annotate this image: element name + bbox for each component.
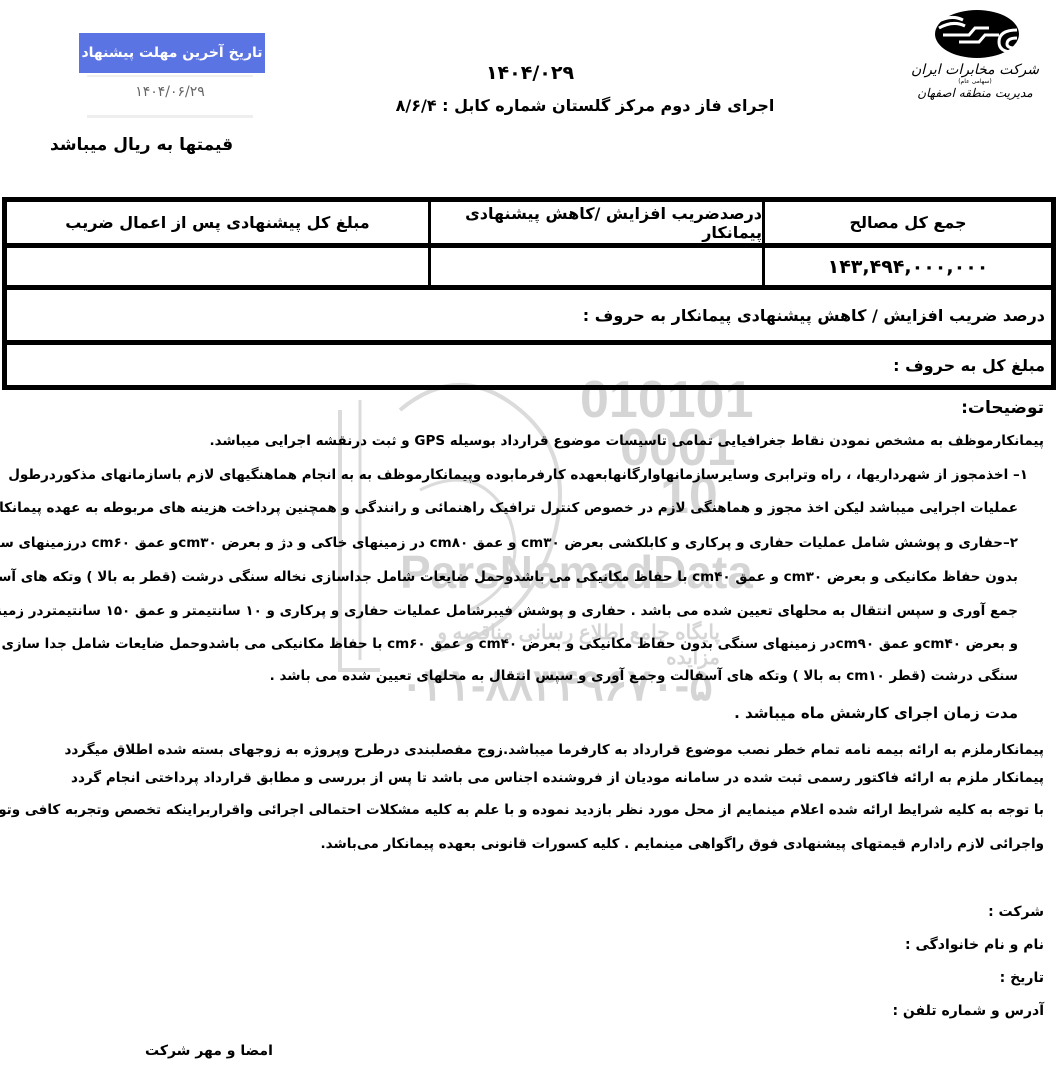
duration-note: مدت زمان اجرای کارشش ماه میباشد .	[734, 704, 1018, 722]
percent-in-words-row[interactable]: درصد ضریب افزایش / کاهش پیشنهادی پیمانکا…	[7, 290, 1051, 345]
note-line: ۱– اخذمجوز از شهرداریها، ، راه وترابری و…	[8, 467, 1028, 483]
company-name: شرکت مخابرات ایران	[900, 62, 1050, 78]
notes-title: توضیحات:	[961, 398, 1044, 418]
address-phone-field-label: آدرس و شماره تلفن :	[892, 1003, 1044, 1019]
deadline-badge: تاریخ آخرین مهلت پیشنهاد	[79, 33, 265, 73]
total-materials-value: ۱۴۳,۴۹۴,۰۰۰,۰۰۰	[765, 248, 1051, 285]
company-type: (سهامی عام)	[900, 78, 1050, 86]
note-line: جمع آوری و سپس انتقال به محلهای تعیین شد…	[0, 603, 1018, 619]
company-logo: شرکت مخابرات ایران (سهامی عام) مدیریت من…	[900, 8, 1050, 108]
company-field-label: شرکت :	[988, 904, 1044, 920]
total-after-coefficient-field[interactable]	[7, 248, 431, 285]
table-header-row: جمع کل مصالح درصدضریب افزایش /کاهش پیشنه…	[7, 202, 1051, 248]
watermark: 010101 0001 10 ParsNamadData پایگاه جامع…	[320, 370, 720, 740]
divider	[87, 75, 253, 77]
percent-in-words-label: درصد ضریب افزایش / کاهش پیشنهادی پیمانکا…	[583, 290, 1045, 340]
name-field-label: نام و نام خانوادگی :	[905, 937, 1044, 953]
bid-table: جمع کل مصالح درصدضریب افزایش /کاهش پیشنه…	[2, 197, 1056, 390]
header-total-materials: جمع کل مصالح	[765, 202, 1051, 243]
prices-currency-note: قیمتها به ریال میباشد	[50, 135, 233, 155]
note-line: پیمانکارموظف به مشخص نمودن نقاط جغرافیای…	[209, 433, 1044, 449]
region-name: مدیریت منطقه اصفهان	[900, 86, 1050, 100]
deadline-date: ۱۴۰۴/۰۶/۲۹	[87, 84, 253, 100]
note-line: با توجه به کلیه شرایط ارائه شده اعلام می…	[0, 802, 1044, 818]
note-line: سنگی درشت (قطر cm۱۰ به بالا ) وتکه های آ…	[270, 668, 1018, 684]
note-line: پیمانکارملزم به ارائه بیمه نامه تمام خطر…	[64, 742, 1044, 758]
total-in-words-label: مبلغ کل به حروف :	[893, 345, 1045, 385]
project-title: اجرای فاز دوم مرکز گلستان شماره کابل : ۸…	[360, 96, 810, 115]
note-line: و بعرض cm۴۰و عمق cm۹۰در زمینهای سنگی بدو…	[0, 636, 1018, 652]
total-in-words-row[interactable]: مبلغ کل به حروف :	[7, 345, 1051, 385]
reference-number: ۱۴۰۴/۰۲۹	[440, 62, 620, 84]
watermark-stamp-icon	[320, 370, 720, 740]
table-row: ۱۴۳,۴۹۴,۰۰۰,۰۰۰	[7, 248, 1051, 290]
header-total-after-coefficient: مبلغ کل پیشنهادی پس از اعمال ضریب	[7, 202, 431, 243]
note-line: بدون حفاظ مکانیکی و بعرض cm۳۰ و عمق cm۴۰…	[0, 569, 1018, 585]
date-field-label: تاریخ :	[1000, 970, 1044, 986]
telecom-logo-icon	[929, 8, 1021, 60]
note-line: واجرائی لازم رادارم قیمتهای پیشنهادی فوق…	[321, 836, 1044, 852]
note-line: پیمانکار ملزم به ارائه فاکتور رسمی ثبت ش…	[71, 770, 1044, 786]
signature-stamp-label: امضا و مهر شرکت	[145, 1043, 273, 1059]
percent-adjustment-field[interactable]	[431, 248, 765, 285]
note-line: ۲–حفاری و پوشش شامل عملیات حفاری و پرکار…	[0, 535, 1018, 551]
note-line: عملیات اجرایی میباشد لیکن اخذ مجوز و هما…	[0, 500, 1018, 516]
divider	[87, 115, 253, 118]
header-percent-adjustment: درصدضریب افزایش /کاهش پیشنهادی پیمانکار	[431, 202, 765, 243]
